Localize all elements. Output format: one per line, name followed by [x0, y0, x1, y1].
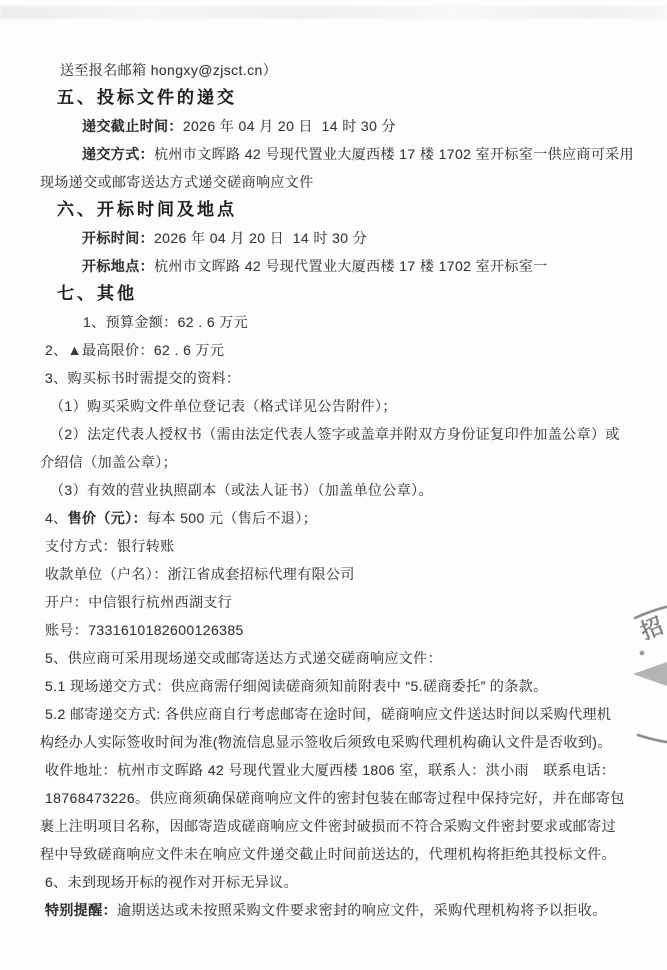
deadline-value: 2026 年 04 月 20 日 14 时 30 分 [183, 118, 396, 134]
deadline-line: 递交截止时间：2026 年 04 月 20 日 14 时 30 分 [82, 112, 655, 140]
deadline-label: 递交截止时间： [82, 118, 183, 134]
payee-line: 收款单位（户名）：浙江省成套招标代理有限公司 [45, 560, 655, 588]
payment-method-line: 支付方式：银行转账 [45, 532, 655, 560]
email-submission-line: 送至报名邮箱 hongxy@zjsct.cn） [60, 56, 655, 84]
document-body: 送至报名邮箱 hongxy@zjsct.cn） 五、投标文件的递交 递交截止时间… [40, 56, 655, 924]
price-line: 4、售价（元）：每本 500 元（售后不退）； [45, 504, 655, 532]
account-number-line: 账号：7331610182600126385 [45, 616, 655, 644]
opening-place-value: 杭州市文晖路 42 号现代置业大厦西楼 17 楼 1702 室开标室一 [154, 258, 548, 274]
opening-time-line: 开标时间：2026 年 04 月 20 日 14 时 30 分 [82, 224, 655, 252]
seal-character: 招 [637, 613, 667, 644]
price-label: 售价（元）： [68, 510, 147, 526]
bank-line: 开户：中信银行杭州西湖支行 [45, 588, 655, 616]
budget-line: 1、预算金额：62 . 6 万元 [83, 308, 655, 336]
max-price-line: 2、▲最高限价：62 . 6 万元 [45, 336, 655, 364]
opening-place-label: 开标地点： [82, 258, 154, 274]
special-reminder-line: 特别提醒：逾期送达或未按照采购文件要求密封的响应文件，采购代理机构将予以拒收。 [45, 896, 655, 924]
opening-time-value: 2026 年 04 月 20 日 14 时 30 分 [154, 230, 367, 246]
mail-warning-cont-1: 裹上注明项目名称，因邮寄造成磋商响应文件密封破损而不符合采购文件密封要求或邮寄过 [40, 812, 655, 840]
document-page: 送至报名邮箱 hongxy@zjsct.cn） 五、投标文件的递交 递交截止时间… [0, 0, 667, 970]
scan-artifact-band [0, 6, 667, 19]
material-item-2-cont: 介绍信（加盖公章）； [40, 448, 655, 476]
required-materials-line: 3、购买标书时需提交的资料： [45, 364, 655, 392]
opening-time-label: 开标时间： [82, 230, 154, 246]
delivery-method-label: 递交方式： [82, 146, 154, 162]
price-value: 每本 500 元（售后不退）； [147, 510, 317, 526]
delivery-method-value: 杭州市文晖路 42 号现代置业大厦西楼 17 楼 1702 室开标室一供应商可采… [154, 146, 634, 162]
price-index: 4、 [45, 510, 68, 526]
material-item-1: （1）购买采购文件单位登记表（格式详见公告附件）； [50, 392, 655, 420]
submission-options-line: 5、供应商可采用现场递交或邮寄送达方式递交磋商响应文件： [45, 644, 655, 672]
material-item-2: （2）法定代表人授权书（需由法定代表人签字或盖章并附双方身份证复印件加盖公章）或 [50, 420, 655, 448]
mail-warning-cont-2: 程中导致磋商响应文件未在响应文件递交截止时间前送达的，代理机构将拒绝其投标文件。 [40, 840, 655, 868]
delivery-method-line: 递交方式：杭州市文晖路 42 号现代置业大厦西楼 17 楼 1702 室开标室一… [82, 140, 655, 168]
material-item-3: （3）有效的营业执照副本（或法人证书）（加盖单位公章）。 [50, 476, 655, 504]
mail-address-line: 收件地址：杭州市文晖路 42 号现代置业大厦西楼 1806 室，联系人：洪小雨 … [45, 756, 655, 784]
onsite-submission-line: 5.1 现场递交方式：供应商需仔细阅读磋商须知前附表中 “5.磋商委托” 的条款… [45, 672, 655, 700]
delivery-method-cont: 现场递交或邮寄送达方式递交磋商响应文件 [40, 168, 655, 196]
mail-submission-cont: 构经办人实际签收时间为准(物流信息显示签收后须致电采购代理机构确认文件是否收到)… [40, 728, 655, 756]
section-6-heading: 六、开标时间及地点 [57, 196, 655, 224]
contact-phone-line: 18768473226。供应商须确保磋商响应文件的密封包装在邮寄过程中保持完好，… [45, 784, 655, 812]
agency-seal-stamp: 招 [631, 596, 667, 748]
mail-submission-line: 5.2 邮寄递交方式: 各供应商自行考虑邮寄在途时间，磋商响应文件送达时间以采购… [45, 700, 655, 728]
seal-bottom-arc [638, 735, 667, 746]
special-reminder-value: 逾期送达或未按照采购文件要求密封的响应文件，采购代理机构将予以拒收。 [117, 902, 607, 918]
seal-dot [640, 651, 645, 656]
opening-place-line: 开标地点：杭州市文晖路 42 号现代置业大厦西楼 17 楼 1702 室开标室一 [82, 252, 655, 280]
section-7-heading: 七、其他 [57, 280, 655, 308]
no-objection-line: 6、未到现场开标的视作对开标无异议。 [45, 868, 655, 896]
section-5-heading: 五、投标文件的递交 [57, 84, 655, 112]
special-reminder-label: 特别提醒： [45, 902, 117, 918]
